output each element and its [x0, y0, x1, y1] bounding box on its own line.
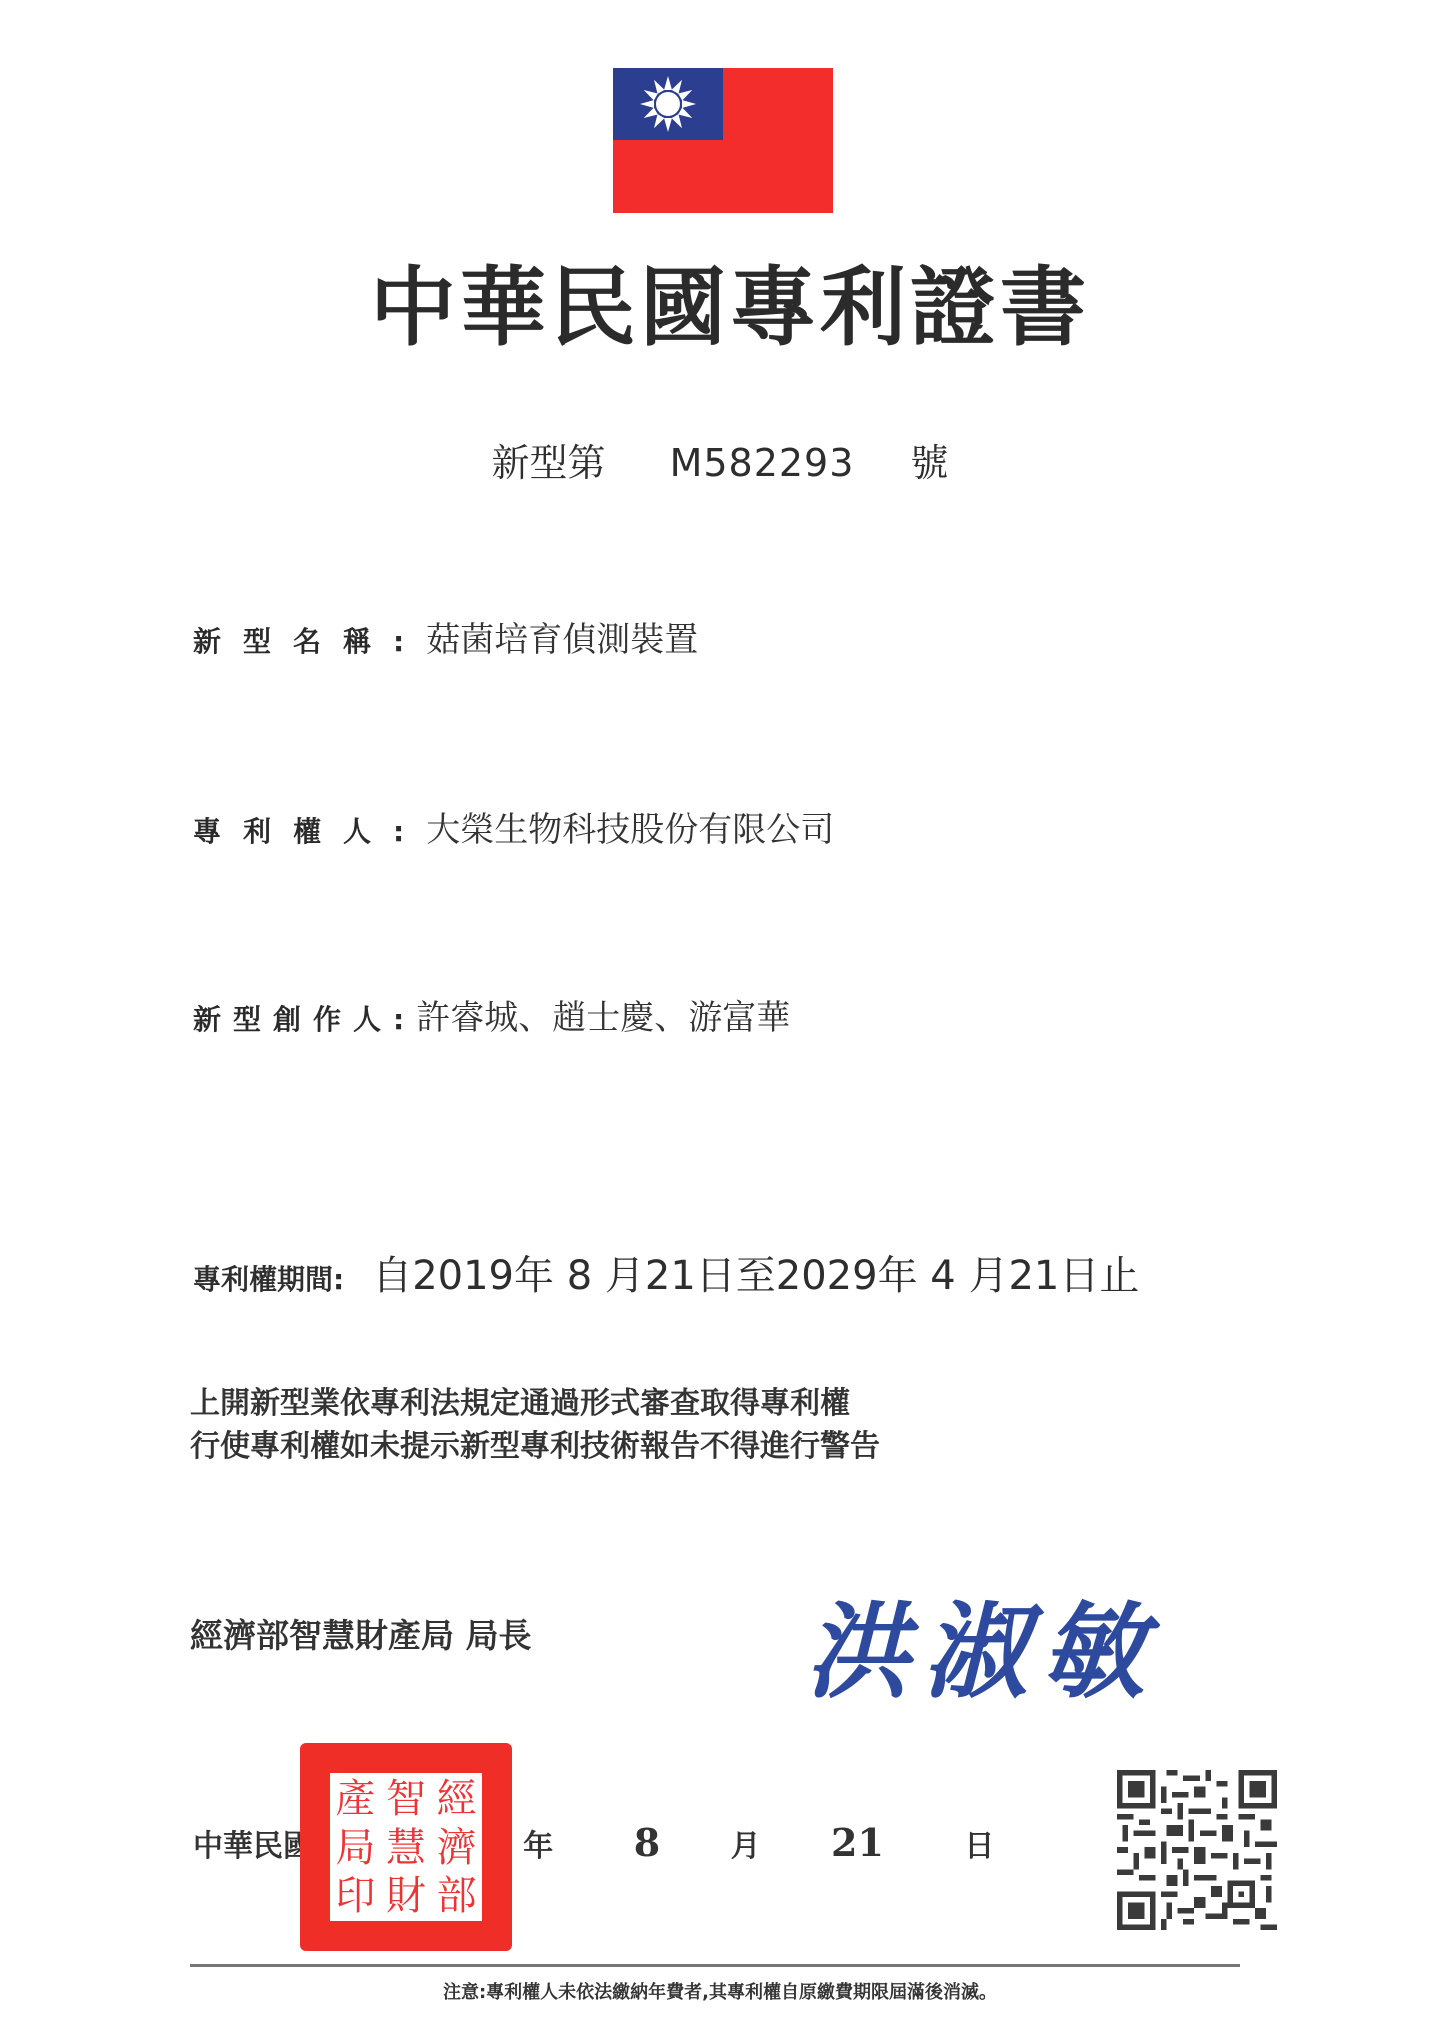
date-era: 中華民國 — [193, 1829, 313, 1864]
term-label: 專利權期間: — [193, 1263, 344, 1296]
field-label: 新型名稱: — [193, 619, 426, 665]
seal-char: 財 — [381, 1872, 432, 1921]
qr-code-icon[interactable] — [1117, 1770, 1277, 1930]
seal-characters: 產 智 經 局 慧 濟 印 財 部 — [330, 1773, 482, 1921]
patent-term: 專利權期間:自2019年 8 月21日至2029年 4 月21日止 — [193, 1248, 1139, 1308]
date-day: 21 — [831, 1820, 884, 1865]
date-day-unit: 日 — [964, 1829, 994, 1864]
footnote: 注意:專利權人未依法繳納年費者,其專利權自原繳費期限屆滿後消滅。 — [0, 1978, 1440, 2004]
seal-char: 智 — [381, 1775, 432, 1824]
seal-char: 局 — [330, 1824, 381, 1873]
field-value: 菇菌培育偵測裝置 — [426, 620, 698, 660]
field-creators: 新型創作人:許睿城、趙士慶、游富華 — [193, 995, 790, 1043]
grant-notice: 上開新型業依專利法規定通過形式審查取得專利權 行使專利權如未提示新型專利技術報告… — [190, 1382, 880, 1468]
field-value: 大榮生物科技股份有限公司 — [426, 810, 834, 850]
term-value: 自2019年 8 月21日至2029年 4 月21日止 — [372, 1253, 1139, 1299]
field-value: 許睿城、趙士慶、游富華 — [416, 998, 790, 1038]
seal-char: 經 — [431, 1775, 482, 1824]
footer-divider — [190, 1964, 1240, 1967]
field-patentee: 專利權人:大榮生物科技股份有限公司 — [193, 807, 834, 855]
patent-number-value: M582293 — [670, 438, 855, 488]
certificate-title: 中華民國專利證書 — [340, 258, 1120, 358]
date-month: 8 — [634, 1820, 660, 1865]
date-year-unit: 年 — [523, 1829, 553, 1864]
director-title: 經濟部智慧財產局 局長 — [190, 1610, 532, 1657]
field-utility-model-name: 新型名稱:菇菌培育偵測裝置 — [193, 617, 698, 665]
field-label: 專利權人: — [193, 809, 426, 855]
seal-char: 印 — [330, 1872, 381, 1921]
notice-line-1: 上開新型業依專利法規定通過形式審查取得專利權 — [190, 1382, 880, 1425]
seal-char: 濟 — [431, 1824, 482, 1873]
notice-line-2: 行使專利權如未提示新型專利技術報告不得進行警告 — [190, 1425, 880, 1468]
patent-number: 新型第M582293號 — [0, 438, 1440, 488]
field-label: 新型創作人: — [193, 997, 416, 1043]
patent-number-prefix: 新型第 — [492, 438, 606, 488]
patent-number-suffix: 號 — [910, 438, 948, 488]
date-month-unit: 月 — [731, 1829, 761, 1864]
roc-flag — [613, 68, 833, 213]
seal-char: 產 — [330, 1775, 381, 1824]
sun-icon — [636, 72, 700, 136]
seal-char: 慧 — [381, 1824, 432, 1873]
director-signature: 洪淑敏 — [805, 1568, 1159, 1718]
seal-char: 部 — [431, 1872, 482, 1921]
official-seal: 產 智 經 局 慧 濟 印 財 部 — [300, 1743, 512, 1951]
